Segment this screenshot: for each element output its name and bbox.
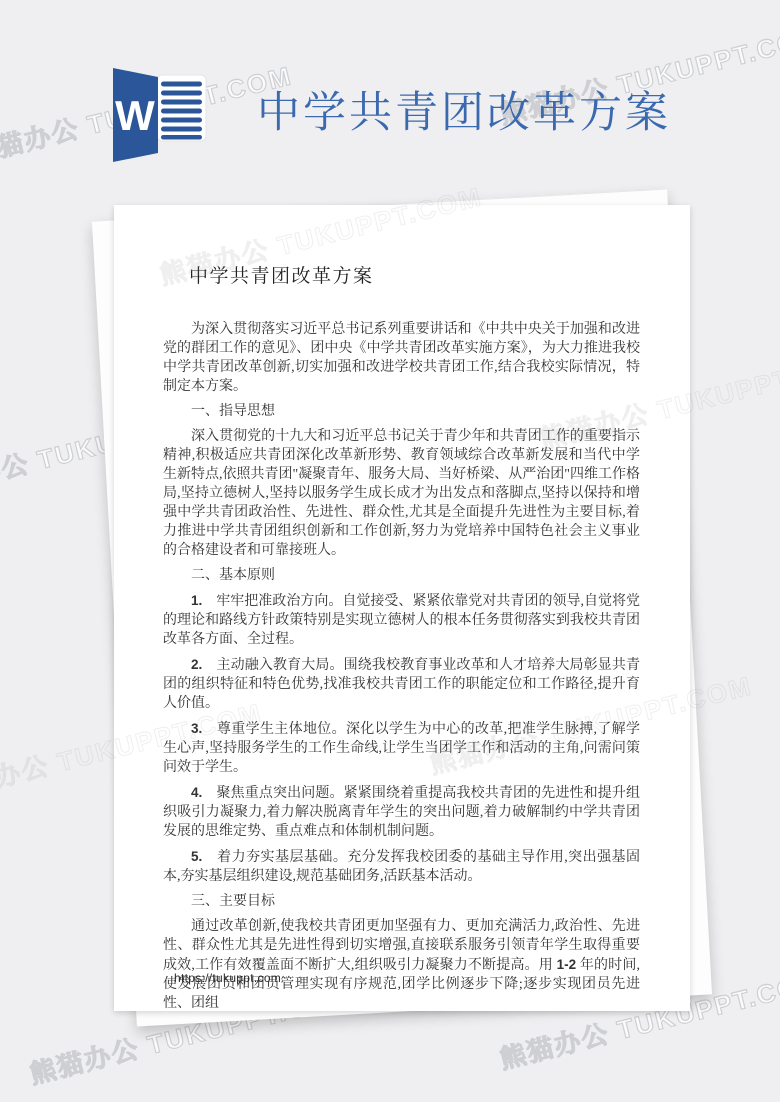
paragraph: 4. 聚焦重点突出问题。紧紧围绕着重提高我校共青团的先进性和提升组织吸引力凝聚力…	[163, 783, 640, 841]
paragraph: 为深入贯彻落实习近平总书记系列重要讲话和《中共中央关于加强和改进党的群团工作的意…	[163, 320, 640, 396]
section-heading: 一、指导思想	[163, 402, 640, 421]
document-page: 中学共青团改革方案 为深入贯彻落实习近平总书记系列重要讲话和《中共中央关于加强和…	[114, 205, 690, 1011]
paragraph: 2. 主动融入教育大局。围绕我校教育事业改革和人才培养大局彰显共青团的组织特征和…	[163, 655, 640, 713]
paragraph: 通过改革创新,使我校共青团更加坚强有力、更加充满活力,政治性、先进性、群众性尤其…	[163, 917, 640, 1013]
footer-url: https://tukuppt.com	[174, 971, 281, 985]
word-icon: W	[100, 64, 212, 166]
header: W 中学共青团改革方案	[0, 0, 780, 190]
paragraph: 5. 着力夯实基层基础。充分发挥我校团委的基础主导作用,突出强基固本,夯实基层组…	[163, 847, 640, 886]
paragraph: 深入贯彻党的十九大和习近平总书记关于青少年和共青团工作的重要指示精神,积极适应共…	[163, 427, 640, 560]
section-heading: 二、基本原则	[163, 566, 640, 585]
document-title: 中学共青团改革方案	[189, 261, 640, 288]
section-heading: 三、主要目标	[163, 892, 640, 911]
paragraph: 3. 尊重学生主体地位。深化以学生为中心的改革,把准学生脉搏,了解学生心声,坚持…	[163, 719, 640, 777]
word-letter: W	[115, 92, 155, 139]
preview-canvas: 熊猫办公 TUKUPPT.COM 熊猫办公 TUKUPPT.COM 熊猫办公 T…	[0, 0, 780, 1102]
document-body: 为深入贯彻落实习近平总书记系列重要讲话和《中共中央关于加强和改进党的群团工作的意…	[163, 320, 640, 1013]
paragraph: 1. 牢牢把准政治方向。自觉接受、紧紧依靠党对共青团的领导,自觉将党的理论和路线…	[163, 591, 640, 649]
page-title: 中学共青团改革方案	[257, 92, 671, 135]
